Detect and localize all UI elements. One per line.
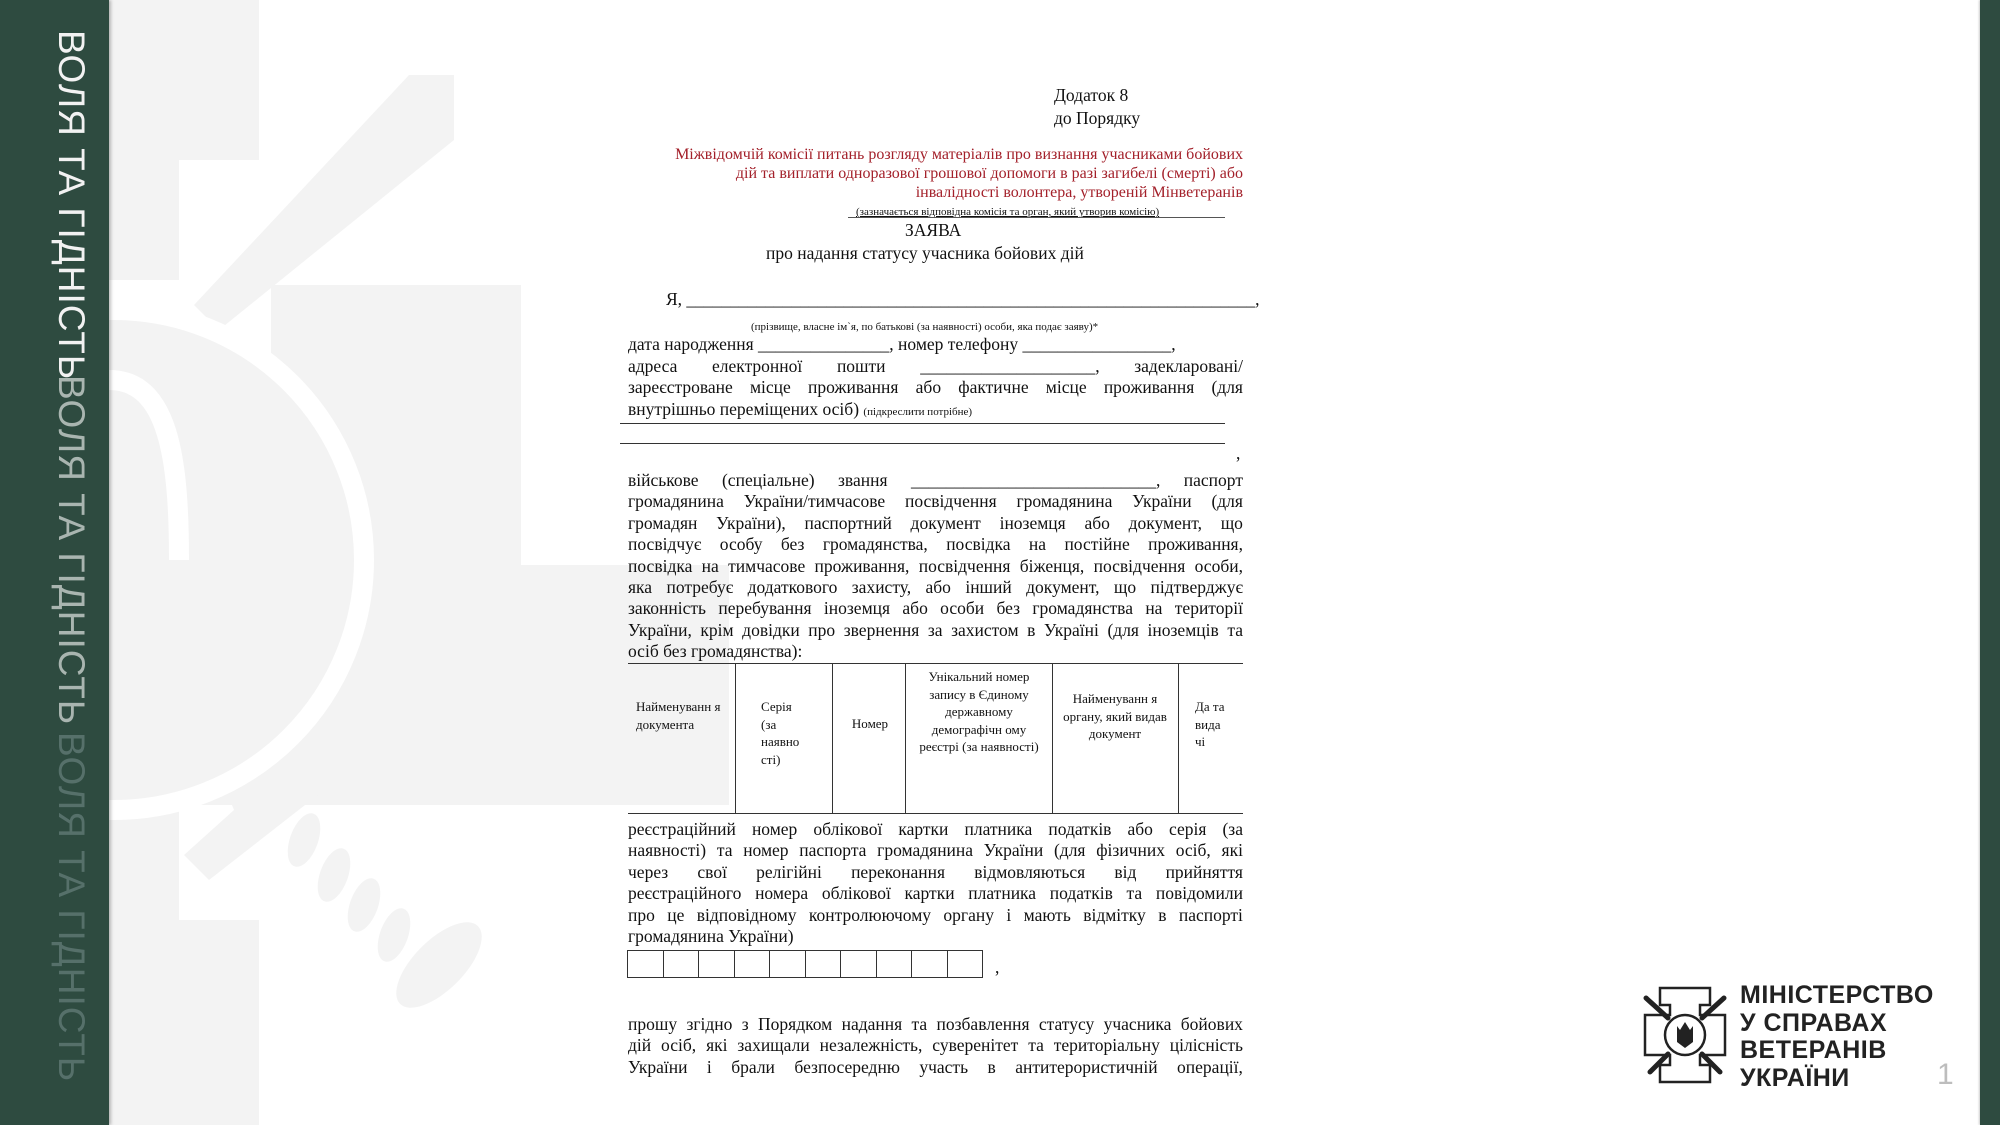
idp-hint: (підкреслити потрібне) — [863, 406, 972, 418]
paragraph-line: України,крімдовідкипрозверненнязазахисто… — [628, 620, 1243, 641]
tax-id-digit-box[interactable] — [734, 950, 771, 978]
paragraph-line: Україниібралибезпосереднюучастьвантитеро… — [628, 1057, 1243, 1078]
ministry-logo-text: МІНІСТЕРСТВО У СПРАВАХ ВЕТЕРАНІВ УКРАЇНИ — [1740, 982, 1934, 1092]
tax-id-digit-box[interactable] — [911, 950, 948, 978]
paragraph-line: громадянинаУкраїни/тимчасовепосвідченняг… — [628, 491, 1243, 512]
application-form-document: Додаток 8 до Порядку Міжвідомчій комісії… — [0, 0, 2000, 1125]
appendix-reference: до Порядку — [1054, 108, 1140, 129]
paragraph-line: громадянина України) — [628, 926, 794, 947]
tax-id-digit-box[interactable] — [663, 950, 700, 978]
addressee-line: дій та виплати одноразової грошової допо… — [736, 163, 1243, 184]
tax-id-digit-box[interactable] — [947, 950, 984, 978]
tax-id-input-boxes[interactable] — [628, 950, 983, 978]
table-header-document-name: Найменуванн я документа — [636, 698, 728, 733]
paragraph-line: прошузгіднозПорядкомнаданнятапозбавлення… — [628, 1014, 1243, 1035]
idp-line: внутрішньо переміщених осіб) (підкреслит… — [628, 399, 972, 423]
paragraph-line: реєстраційнийномеробліковоїкарткиплатник… — [628, 819, 1243, 840]
ministry-emblem-icon — [1630, 980, 1740, 1090]
tax-id-digit-box[interactable] — [698, 950, 735, 978]
paragraph-line: реєстраційногономераобліковоїкарткиплатн… — [628, 883, 1243, 904]
id-document-table[interactable]: Найменуванн я документа Серія (за наявно… — [628, 663, 1243, 814]
address-input-line[interactable] — [620, 443, 1225, 444]
paragraph-line: військове(спеціальне)звання_____________… — [628, 470, 1243, 491]
addressee-hint: (зазначається відповідна комісія та орга… — [856, 202, 1159, 223]
paragraph-line: наявності)таномерпаспортагромадянинаУкра… — [628, 840, 1243, 861]
paragraph-line: посвідчуєособубезгромадянства,посвідкана… — [628, 534, 1243, 555]
paragraph-line: процевідповідномуконтролюючомуоргануімаю… — [628, 905, 1243, 926]
paragraph-line: посвідканатимчасовепроживання,посвідченн… — [628, 556, 1243, 577]
birth-date-phone-field[interactable]: дата народження _______________, номер т… — [628, 334, 1176, 355]
tax-id-comma: , — [995, 957, 999, 978]
table-header-series: Серія (за наявно сті) — [761, 698, 806, 768]
paragraph-line: дійосіб,якізахищалинезалежність,суверені… — [628, 1035, 1243, 1056]
addressee-line: Міжвідомчій комісії питань розгляду мате… — [675, 144, 1243, 165]
tax-id-digit-box[interactable] — [840, 950, 877, 978]
addressee-underline — [848, 217, 1225, 218]
table-header-issue-date: Да та вида чі — [1195, 698, 1229, 751]
table-header-issuing-authority: Найменуванн я органу, який видав докумен… — [1062, 690, 1168, 743]
paragraph-line: законністьперебуванняіноземцяабоособибез… — [628, 598, 1243, 619]
residence-line: зареєстроване місце проживання або факти… — [628, 377, 1243, 398]
form-subtitle: про надання статусу учасника бойових дій — [766, 243, 1084, 264]
addressee-line: інвалідності волонтера, утвореній Мінвет… — [916, 182, 1243, 203]
tax-id-digit-box[interactable] — [769, 950, 806, 978]
table-header-number: Номер — [840, 715, 900, 733]
tax-id-digit-box[interactable] — [627, 950, 664, 978]
form-title: ЗАЯВА — [905, 220, 961, 241]
page-number: 1 — [1937, 1058, 1954, 1092]
appendix-number: Додаток 8 — [1054, 85, 1128, 106]
paragraph-line: черезсвоїрелігійніпереконаннявідмовляють… — [628, 862, 1243, 883]
paragraph-line: осіб без громадянства): — [628, 641, 802, 662]
paragraph-line: якапотребуєдодатковогозахисту,абоіншийдо… — [628, 577, 1243, 598]
full-name-field[interactable]: Я, _____________________________________… — [666, 289, 1260, 310]
email-field-line[interactable]: адреса електронної пошти _______________… — [628, 356, 1243, 377]
address-input-line[interactable] — [620, 423, 1225, 424]
paragraph-line: громадянУкраїни),паспортнийдокументінозе… — [628, 513, 1243, 534]
tax-id-digit-box[interactable] — [805, 950, 842, 978]
table-header-unique-record-number: Унікальний номер запису в Єдиному держав… — [918, 668, 1040, 756]
address-comma: , — [1236, 443, 1240, 464]
tax-id-digit-box[interactable] — [876, 950, 913, 978]
